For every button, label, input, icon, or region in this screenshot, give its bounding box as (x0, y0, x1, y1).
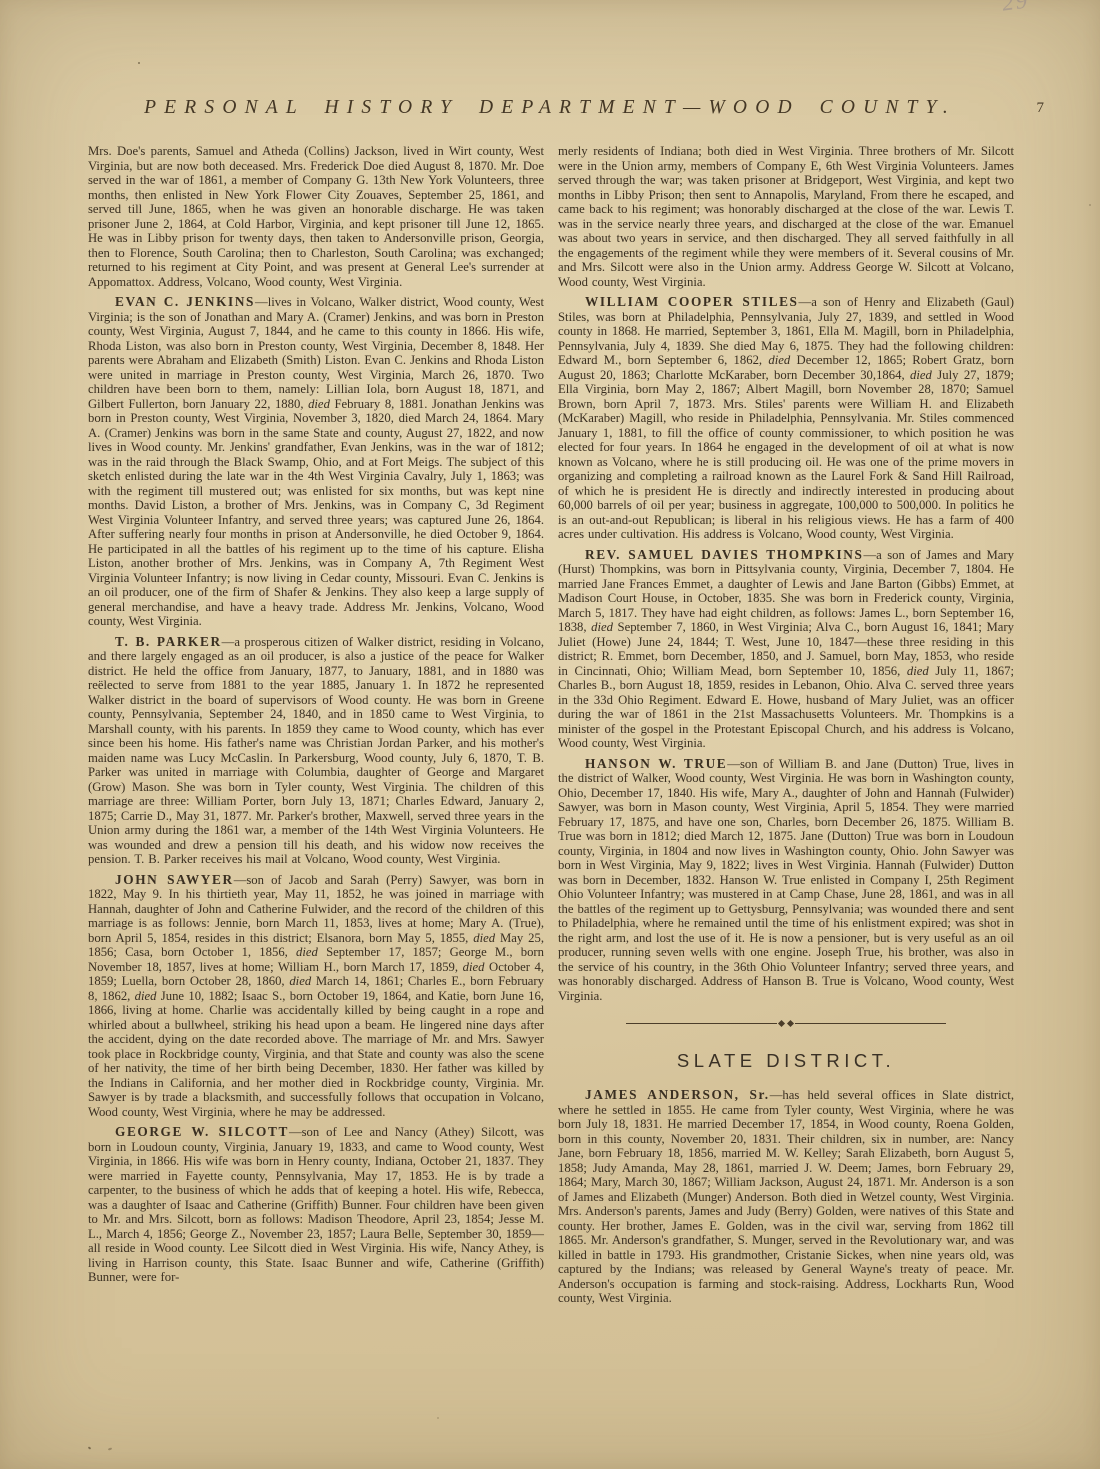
left-column: Mrs. Doe's parents, Samuel and Atheda (C… (88, 144, 544, 1312)
bio-entry-name: GEORGE W. SILCOTT (115, 1124, 289, 1139)
bio-entry: JOHN SAWYER—son of Jacob and Sarah (Perr… (88, 873, 544, 1120)
bio-entry-name: JOHN SAWYER (115, 872, 234, 887)
scan-speck (108, 1447, 112, 1450)
pencil-annotation: 29 (1001, 0, 1031, 17)
page-header: PERSONAL HISTORY DEPARTMENT—WOOD COUNTY.… (88, 97, 1012, 129)
bio-entry-name: REV. SAMUEL DAVIES THOMPKINS (585, 547, 863, 562)
text-columns: Mrs. Doe's parents, Samuel and Atheda (C… (88, 144, 1014, 1312)
bio-entry-name: EVAN C. JENKINS (115, 294, 255, 309)
divider-rule-right (795, 1023, 946, 1024)
scan-speck (437, 1417, 439, 1419)
divider-diamond-icon (778, 1020, 785, 1027)
continuation-paragraph: Mrs. Doe's parents, Samuel and Atheda (C… (88, 144, 544, 289)
scan-speck (88, 1446, 92, 1449)
right-column: merly residents of Indiana; both died in… (558, 144, 1014, 1312)
scan-speck (1089, 204, 1091, 206)
continuation-paragraph: merly residents of Indiana; both died in… (558, 144, 1014, 289)
right-column-bottom: JAMES ANDERSON, Sr.—has held several off… (558, 1088, 1014, 1306)
scanned-book-page: { "header": { "title": "PERSONAL HISTORY… (0, 0, 1100, 1469)
bio-entry-name: JAMES ANDERSON, Sr. (585, 1087, 770, 1102)
bio-entry: REV. SAMUEL DAVIES THOMPKINS—a son of Ja… (558, 548, 1014, 751)
bio-entry-name: T. B. PARKER (115, 634, 222, 649)
bio-entry-name: HANSON W. TRUE (585, 756, 727, 771)
section-heading: SLATE DISTRICT. (558, 1050, 1014, 1072)
page-number: 7 (1037, 100, 1045, 117)
scan-speck (138, 62, 140, 64)
divider-rule-left (626, 1023, 777, 1024)
bio-entry: JAMES ANDERSON, Sr.—has held several off… (558, 1088, 1014, 1306)
scan-speck (860, 1090, 862, 1092)
page-title: PERSONAL HISTORY DEPARTMENT—WOOD COUNTY. (88, 97, 1012, 119)
bio-entry-name: WILLIAM COOPER STILES (585, 294, 799, 309)
bio-entry: HANSON W. TRUE—son of William B. and Jan… (558, 757, 1014, 1004)
bio-entry: EVAN C. JENKINS—lives in Volcano, Walker… (88, 295, 544, 629)
divider-diamond-icon (787, 1020, 794, 1027)
bio-entry: WILLIAM COOPER STILES—a son of Henry and… (558, 295, 1014, 542)
bio-entry: GEORGE W. SILCOTT—son of Lee and Nancy (… (88, 1125, 544, 1285)
section-divider (626, 1021, 946, 1026)
right-column-top: merly residents of Indiana; both died in… (558, 144, 1014, 1003)
bio-entry: T. B. PARKER—a prosperous citizen of Wal… (88, 635, 544, 867)
